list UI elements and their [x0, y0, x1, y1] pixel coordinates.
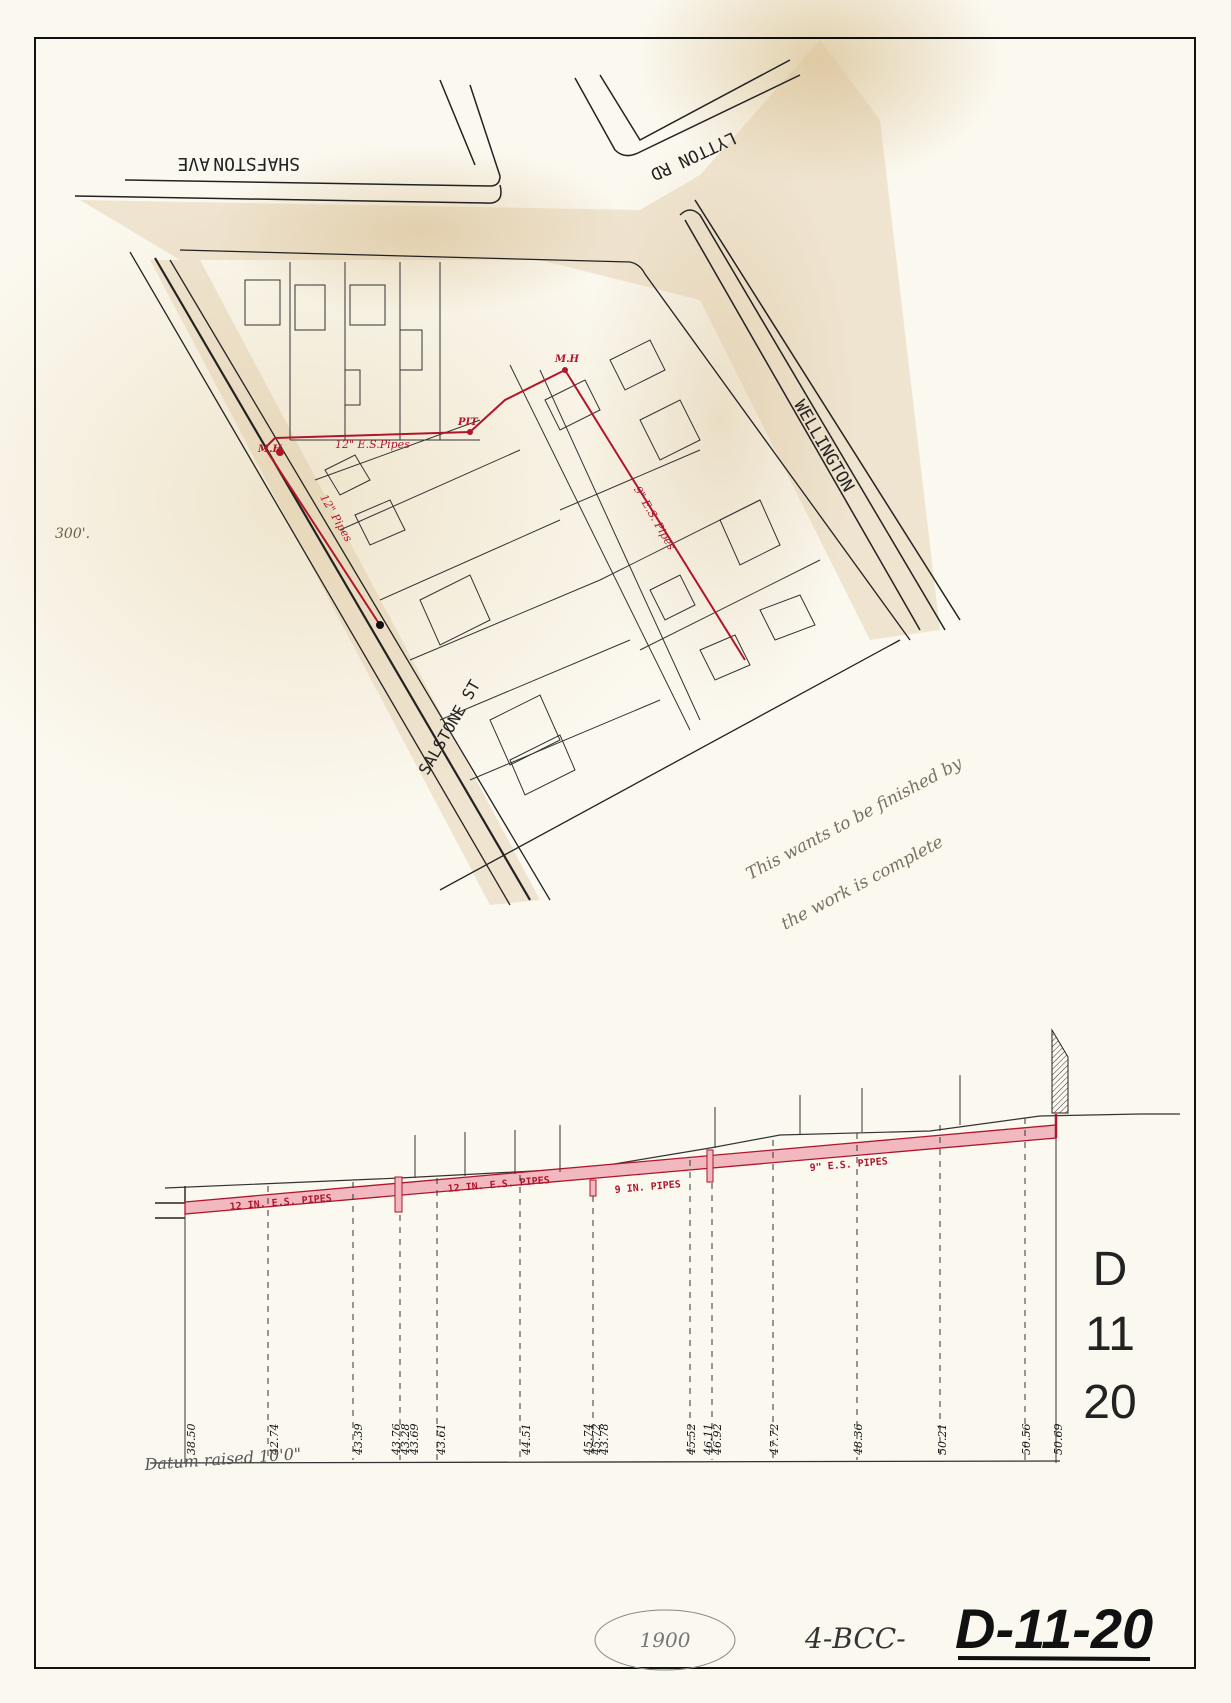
svg-text:43.39: 43.39	[352, 1424, 365, 1457]
svg-text:50.56: 50.56	[1020, 1424, 1033, 1456]
manhole-marker-2	[562, 367, 568, 373]
year-stamp: 1900	[640, 1628, 691, 1652]
drawing-sheet: SHAFSTON AVE LYTTON RD WELLINGTON SALSTO…	[0, 0, 1231, 1703]
scale-note: 300'.	[55, 526, 90, 542]
datum-note: Datum raised 10'0"	[143, 1444, 302, 1474]
svg-text:44.51: 44.51	[520, 1424, 533, 1457]
label-mh-1: M.H	[257, 444, 283, 455]
svg-text:48.36: 48.36	[852, 1424, 865, 1457]
drawing-canvas: SHAFSTON AVE LYTTON RD WELLINGTON SALSTO…	[0, 0, 1231, 1703]
section-label-9in: 9 IN. PIPES	[614, 1179, 681, 1196]
level-labels: 38.50 42.74 43.39 43.76 43.28 43.69 43.6…	[185, 1424, 1065, 1457]
shafston-ave	[75, 80, 501, 203]
label-pit: PIT	[457, 417, 479, 428]
pencil-note-line-1: This wants to be finished by	[743, 753, 966, 884]
svg-text:50.69: 50.69	[1052, 1424, 1065, 1456]
label-shafston: SHAFSTON	[213, 153, 300, 174]
drawing-number-underline	[958, 1658, 1150, 1659]
drawing-number: D-11-20	[955, 1597, 1153, 1660]
side-stamp-11: 11	[1085, 1308, 1135, 1361]
label-ave: AVE	[177, 153, 210, 174]
svg-text:43.78: 43.78	[598, 1424, 611, 1457]
svg-text:45.52: 45.52	[685, 1424, 698, 1457]
end-building-hatched	[1052, 1030, 1068, 1113]
svg-text:50.21: 50.21	[936, 1424, 949, 1456]
manhole-riser-1	[395, 1177, 402, 1212]
manhole-riser-3	[707, 1150, 713, 1182]
svg-text:46.92: 46.92	[711, 1424, 724, 1457]
svg-text:43.61: 43.61	[435, 1424, 448, 1457]
side-stamp-d: D	[1093, 1243, 1128, 1296]
label-12in-es-pipes-plan: 12" E.S.Pipes	[335, 438, 410, 451]
svg-text:47.72: 47.72	[768, 1424, 781, 1457]
pit-marker	[467, 429, 473, 435]
outfall-structure	[155, 1186, 185, 1218]
junction-marker	[376, 621, 384, 629]
label-9in-pipes-plan: 9" E.S. Pipes	[631, 484, 678, 553]
label-mh-2: M.H	[554, 354, 580, 365]
side-stamp-20: 20	[1083, 1376, 1136, 1429]
manhole-riser-2	[590, 1180, 596, 1196]
svg-text:38.50: 38.50	[185, 1424, 198, 1456]
section-ground-line	[165, 1114, 1180, 1188]
drawing-prefix: 4-BCC-	[804, 1622, 906, 1655]
svg-text:43.69: 43.69	[408, 1424, 421, 1457]
